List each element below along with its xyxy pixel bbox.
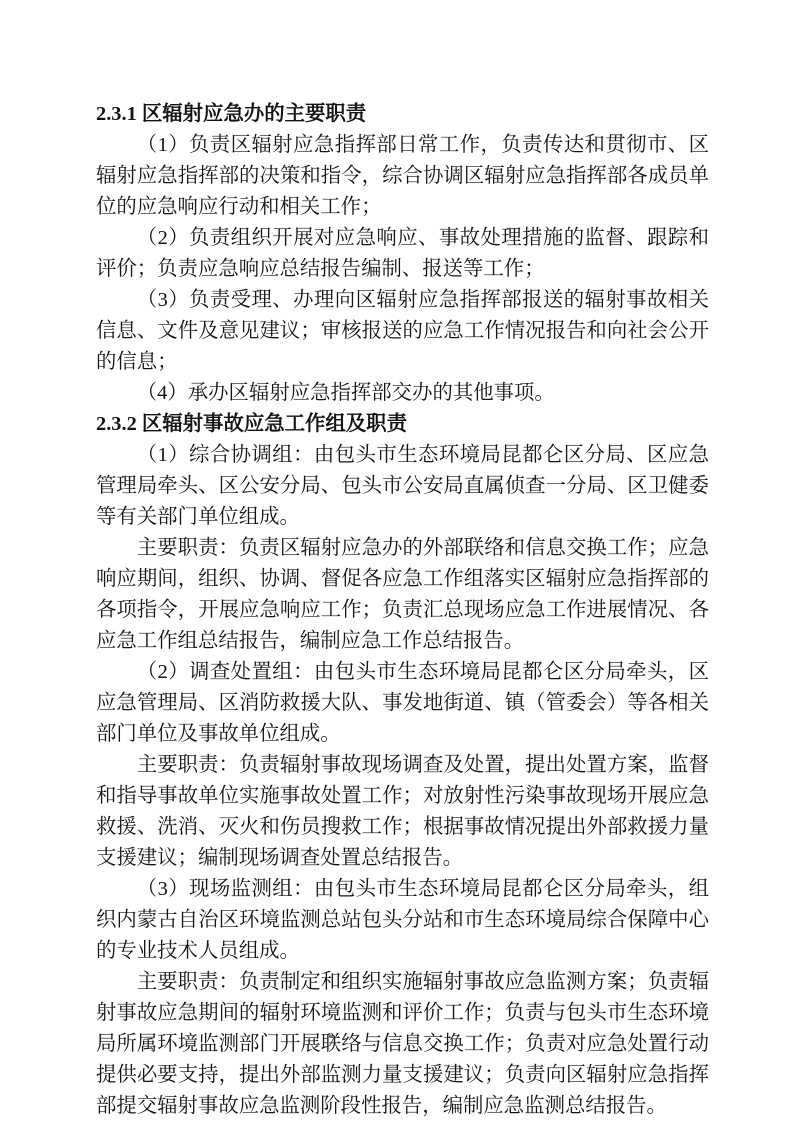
paragraph: 主要职责：负责制定和组织实施辐射事故应急监测方案；负责辐射事故应急期间的辐射环境… [96,967,709,1122]
page-number: 7 [328,1032,348,1050]
paragraph: （4）承办区辐射应急指挥部交办的其他事项。 [96,378,709,409]
document-page: 2.3.1 区辐射应急办的主要职责 （1）负责区辐射应急指挥部日常工作，负责传达… [0,0,793,1122]
document-body: 2.3.1 区辐射应急办的主要职责 （1）负责区辐射应急指挥部日常工作，负责传达… [96,99,709,1122]
section-heading-2-3-1: 2.3.1 区辐射应急办的主要职责 [96,99,709,130]
paragraph: （1）负责区辐射应急指挥部日常工作，负责传达和贯彻市、区辐射应急指挥部的决策和指… [96,130,709,223]
paragraph: （3）现场监测组：由包头市生态环境局昆都仑区分局牵头，组织内蒙古自治区环境监测总… [96,874,709,967]
paragraph: （2）负责组织开展对应急响应、事故处理措施的监督、跟踪和评价；负责应急响应总结报… [96,223,709,285]
paragraph: （3）负责受理、办理向区辐射应急指挥部报送的辐射事故相关信息、文件及意见建议；审… [96,285,709,378]
paragraph: （1）综合协调组：由包头市生态环境局昆都仑区分局、区应急管理局牵头、区公安分局、… [96,440,709,533]
section-heading-2-3-2: 2.3.2 区辐射事故应急工作组及职责 [96,409,709,440]
paragraph: 主要职责：负责区辐射应急办的外部联络和信息交换工作；应急响应期间，组织、协调、督… [96,533,709,657]
paragraph: 主要职责：负责辐射事故现场调查及处置，提出处置方案，监督和指导事故单位实施事故处… [96,750,709,874]
paragraph: （2）调查处置组：由包头市生态环境局昆都仑区分局牵头，区应急管理局、区消防救援大… [96,657,709,750]
